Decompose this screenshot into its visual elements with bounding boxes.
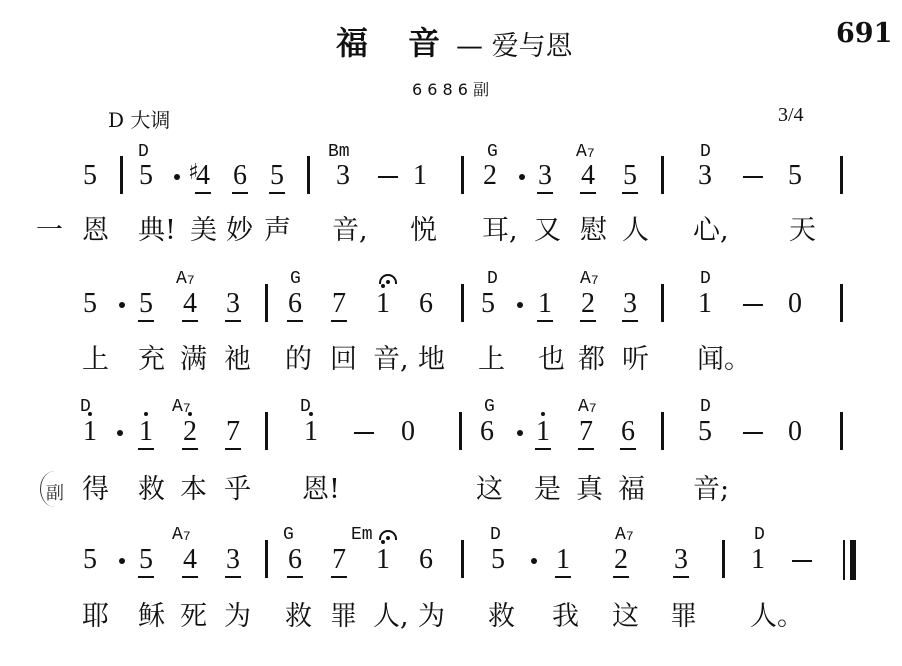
note: 4 <box>178 546 202 574</box>
note: 5 <box>78 546 102 574</box>
lyric-syllable: 的 <box>285 345 312 375</box>
augmentation-dot <box>517 302 523 308</box>
lyric-syllable: 救 <box>285 602 312 632</box>
chord-root: G <box>487 142 498 162</box>
lyric-syllable: 上 <box>478 345 505 375</box>
note: 2 <box>609 546 633 574</box>
chord-quality: 7 <box>587 146 595 161</box>
lyric-syllable: 耶 <box>82 602 109 632</box>
chord-symbol: D <box>700 398 711 416</box>
chord-root: A <box>176 269 187 289</box>
barline <box>265 412 268 450</box>
lyric-syllable: 本 <box>180 475 207 505</box>
note: 3 <box>221 290 245 318</box>
lyric-syllable: 稣 <box>138 602 165 632</box>
barline <box>661 284 664 322</box>
chord-symbol: D <box>138 143 149 161</box>
note: 0 <box>783 290 807 318</box>
lyric-syllable: 恩! <box>302 475 340 505</box>
chord-symbol: A7 <box>615 526 634 545</box>
lyric-syllable: 为 <box>224 602 251 632</box>
chord-root: A <box>576 142 587 162</box>
chord-root: A <box>172 525 183 545</box>
time-signature: 3/4 <box>778 104 804 127</box>
note: 5 <box>78 162 102 190</box>
refrain-marker: 副 <box>46 479 64 505</box>
lyric-syllable: 死 <box>180 602 207 632</box>
lyric-syllable: 悦 <box>410 216 437 246</box>
chord-symbol: A7 <box>578 398 597 417</box>
lyric-syllable: 一 <box>36 216 63 246</box>
note: 1 <box>371 290 395 318</box>
lyric-syllable: 罪 <box>670 602 697 632</box>
barline <box>459 412 462 450</box>
augmentation-dot <box>119 302 125 308</box>
barline <box>661 412 664 450</box>
barline <box>461 540 464 578</box>
barline <box>840 156 843 194</box>
chord-root: G <box>290 269 301 289</box>
augmentation-dot <box>531 558 537 564</box>
note: 1 <box>551 546 575 574</box>
note: 7 <box>327 546 351 574</box>
lyric-syllable: 得 <box>82 475 109 505</box>
lyric-syllable: 乎 <box>224 475 251 505</box>
barline <box>461 284 464 322</box>
chord-symbol: D <box>700 270 711 288</box>
note: 5 <box>618 162 642 190</box>
tune-meter: 6 6 8 6 副 <box>412 77 489 100</box>
note: 6 <box>475 418 499 446</box>
chord-symbol: Bm <box>328 143 350 161</box>
note: 2 <box>178 418 202 446</box>
chord-symbol: D <box>700 143 711 161</box>
barline <box>722 540 725 578</box>
note: 2 <box>576 290 600 318</box>
lyric-syllable: 耳, <box>482 216 518 246</box>
lyric-syllable: 充 <box>138 345 165 375</box>
note: 7 <box>221 418 245 446</box>
note: 6 <box>283 546 307 574</box>
lyric-syllable: 人 <box>622 216 649 246</box>
note: 3 <box>693 162 717 190</box>
note: 5 <box>265 162 289 190</box>
lyric-syllable: 恩 <box>82 216 109 246</box>
note: 1 <box>371 546 395 574</box>
note: 7 <box>327 290 351 318</box>
barline <box>840 412 843 450</box>
note: 1 <box>531 418 555 446</box>
chord-symbol: G <box>283 526 294 544</box>
lyric-syllable: 这 <box>476 475 503 505</box>
barline <box>661 156 664 194</box>
chord-symbol: D <box>487 270 498 288</box>
note: 3 <box>533 162 557 190</box>
chord-root: G <box>283 525 294 545</box>
lyric-syllable: 闻。 <box>697 345 751 375</box>
chord-root: A <box>172 397 183 417</box>
lyric-syllable: 音, <box>332 216 368 246</box>
note: 5 <box>486 546 510 574</box>
chord-root: A <box>615 525 626 545</box>
lyric-syllable: 真 <box>576 475 603 505</box>
key-signature: D 大调 <box>108 104 170 133</box>
note: 1 <box>299 418 323 446</box>
lyric-syllable: 这 <box>612 602 639 632</box>
chord-quality: 7 <box>589 401 597 416</box>
note: 5 <box>78 290 102 318</box>
augmentation-dot <box>119 558 125 564</box>
title-char-2: 音 <box>408 18 440 64</box>
chord-symbol: D <box>490 526 501 544</box>
barline <box>265 540 268 578</box>
lyric-syllable: 是 <box>534 475 561 505</box>
chord-quality: 7 <box>626 529 634 544</box>
chord-root: D <box>700 397 711 417</box>
augmentation-dot <box>519 174 525 180</box>
note: 3 <box>331 162 355 190</box>
lyric-syllable: 满 <box>180 345 207 375</box>
sustain-dash <box>354 432 374 434</box>
note: 6 <box>283 290 307 318</box>
note: 6 <box>228 162 252 190</box>
sustain-dash <box>378 176 398 178</box>
hymn-number: 691 <box>836 18 892 49</box>
lyric-syllable: 上 <box>82 345 109 375</box>
note: 1 <box>533 290 557 318</box>
chord-root: D <box>487 269 498 289</box>
lyric-syllable: 救 <box>138 475 165 505</box>
chord-root: G <box>484 397 495 417</box>
lyric-syllable: 音; <box>693 475 729 505</box>
note: 4 <box>178 290 202 318</box>
note: 1 <box>693 290 717 318</box>
barline <box>461 156 464 194</box>
chord-root: D <box>754 525 765 545</box>
chord-symbol: G <box>290 270 301 288</box>
note: 2 <box>478 162 502 190</box>
chord-root: Em <box>351 525 373 545</box>
lyric-syllable: 都 <box>578 345 605 375</box>
lyric-syllable: 我 <box>552 602 579 632</box>
chord-symbol: Em <box>351 526 373 544</box>
note: 4 <box>191 162 215 190</box>
lyric-syllable: 回 <box>330 345 357 375</box>
chord-symbol: D <box>754 526 765 544</box>
lyric-syllable: 罪 <box>330 602 357 632</box>
chord-symbol: A7 <box>172 526 191 545</box>
lyric-syllable: 典! <box>138 216 176 246</box>
chord-root: D <box>490 525 501 545</box>
lyric-syllable: 天 <box>789 216 816 246</box>
note: 5 <box>134 546 158 574</box>
chord-symbol: G <box>484 398 495 416</box>
note: 5 <box>783 162 807 190</box>
note: 1 <box>78 418 102 446</box>
chord-root: A <box>580 269 591 289</box>
lyric-syllable: 美 <box>190 216 217 246</box>
note: 0 <box>396 418 420 446</box>
augmentation-dot <box>117 430 123 436</box>
barline <box>307 156 310 194</box>
fermata-icon <box>379 274 397 284</box>
fermata-icon <box>379 530 397 540</box>
note: 4 <box>576 162 600 190</box>
note: 5 <box>134 290 158 318</box>
chord-root: D <box>138 142 149 162</box>
lyric-syllable: 听 <box>622 345 649 375</box>
chord-root: D <box>700 142 711 162</box>
title-char-1: 福 <box>336 18 368 64</box>
note: 5 <box>476 290 500 318</box>
chord-root: Bm <box>328 142 350 162</box>
lyric-syllable: 心, <box>693 216 729 246</box>
final-barline <box>843 540 848 580</box>
note: 0 <box>783 418 807 446</box>
note: 3 <box>221 546 245 574</box>
lyric-syllable: 为 <box>418 602 445 632</box>
lyric-syllable: 地 <box>418 345 445 375</box>
note: 1 <box>408 162 432 190</box>
note: 1 <box>746 546 770 574</box>
chord-quality: 7 <box>183 529 191 544</box>
lyric-syllable: 声 <box>264 216 291 246</box>
note: 6 <box>616 418 640 446</box>
lyric-syllable: 妙 <box>226 216 253 246</box>
lyric-syllable: 又 <box>534 216 561 246</box>
chord-symbol: G <box>487 143 498 161</box>
augmentation-dot <box>517 430 523 436</box>
chord-root: D <box>700 269 711 289</box>
note: 3 <box>669 546 693 574</box>
sustain-dash <box>743 432 763 434</box>
lyric-syllable: 祂 <box>224 345 251 375</box>
chord-root: A <box>578 397 589 417</box>
lyric-syllable: 也 <box>538 345 565 375</box>
hymn-subtitle: — 爱与恩 <box>456 24 573 63</box>
lyric-syllable: 慰 <box>580 216 607 246</box>
chord-symbol: A7 <box>580 270 599 289</box>
barline <box>120 156 123 194</box>
lyric-syllable: 福 <box>618 475 645 505</box>
note: 3 <box>618 290 642 318</box>
sustain-dash <box>792 560 812 562</box>
chord-quality: 7 <box>591 273 599 288</box>
note: 6 <box>414 546 438 574</box>
chord-quality: 7 <box>187 273 195 288</box>
augmentation-dot <box>174 174 180 180</box>
barline <box>265 284 268 322</box>
lyric-syllable: 音, <box>373 345 409 375</box>
lyric-syllable: 人, <box>373 602 409 632</box>
note: 5 <box>693 418 717 446</box>
note: 7 <box>574 418 598 446</box>
note: 6 <box>414 290 438 318</box>
lyric-syllable: 救 <box>488 602 515 632</box>
chord-symbol: A7 <box>176 270 195 289</box>
sustain-dash <box>743 176 763 178</box>
barline <box>840 284 843 322</box>
sustain-dash <box>743 304 763 306</box>
note: 5 <box>134 162 158 190</box>
note: 1 <box>134 418 158 446</box>
lyric-syllable: 人。 <box>750 602 804 632</box>
